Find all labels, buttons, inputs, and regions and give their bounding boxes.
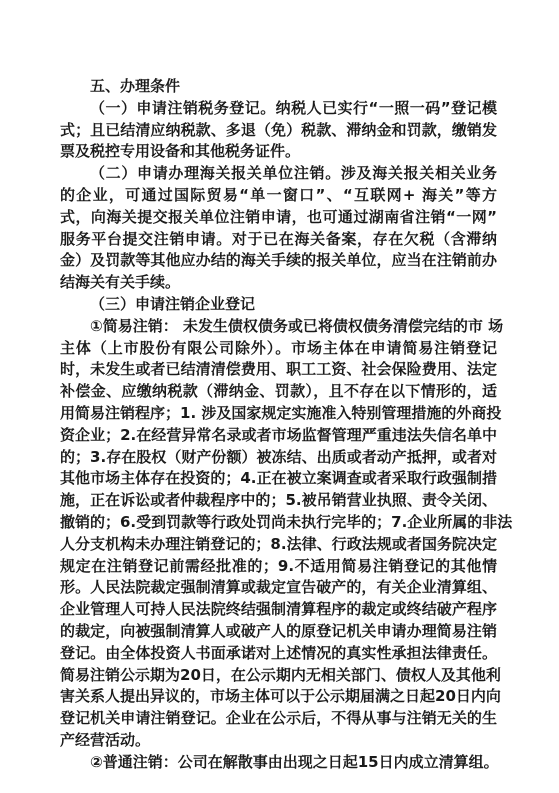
text-line: 登记机关申请注销登记。企业在公示后，不得从事与注销无关的生 <box>60 708 497 730</box>
text-line: （一）申请注销税务登记。纳税人已实行“一照一码”登记模 <box>60 98 497 120</box>
text-line: 资企业；2.在经营异常名录或者市场监督管理严重违法失信名单中 <box>60 425 497 447</box>
text-line: 产经营活动。 <box>60 730 497 752</box>
text-line: 撤销的；6.受到罚款等行政处罚尚未执行完毕的；7.企业所属的非法 <box>60 512 497 534</box>
text-line: 其他市场主体存在投资的；4.正在被立案调查或者采取行政强制措 <box>60 468 497 490</box>
text-line: 人分支机构未办理注销登记的；8.法律、行政法规或者国务院决定 <box>60 534 497 556</box>
text-line: 用简易注销程序；1. 涉及国家规定实施准入特别管理措施的外商投 <box>60 403 497 425</box>
text-line: 服务平台提交注销申请。对于已在海关备案，存在欠税（含滞纳 <box>60 229 497 251</box>
text-line: 施，正在诉讼或者仲裁程序中的；5.被吊销营业执照、责令关闭、 <box>60 490 497 512</box>
text-line: 补偿金、应缴纳税款（滞纳金、罚款），且不存在以下情形的，适 <box>60 381 497 403</box>
document-page: 五、办理条件 （一）申请注销税务登记。纳税人已实行“一照一码”登记模 式；且已结… <box>0 0 559 793</box>
text-line: 形。人民法院裁定强制清算或裁定宣告破产的，有关企业清算组、 <box>60 577 497 599</box>
text-line: 的裁定，向被强制清算人或破产人的原登记机关申请办理简易注销 <box>60 621 497 643</box>
document-body: 五、办理条件 （一）申请注销税务登记。纳税人已实行“一照一码”登记模 式；且已结… <box>60 76 497 774</box>
text-line: 登记。由全体投资人书面承诺对上述情况的真实性承担法律责任。 <box>60 643 497 665</box>
text-line: 企业管理人可持人民法院终结强制清算程序的裁定或终结破产程序 <box>60 599 497 621</box>
text-line: 金）及罚款等其他应办结的海关手续的报关单位，应当在注销前办 <box>60 250 497 272</box>
section-heading: 五、办理条件 <box>60 76 497 98</box>
text-line: ②普通注销：公司在解散事由出现之日起15日内成立清算组。 <box>60 752 497 774</box>
text-line: 的企业，可通过国际贸易“单一窗口”、“互联网+ 海关”等方 <box>60 185 497 207</box>
text-line: ①简易注销： 未发生债权债务或已将债权债务清偿完结的市 场 <box>60 316 497 338</box>
text-line: 票及税控专用设备和其他税务证件。 <box>60 141 497 163</box>
text-line: 规定在注销登记前需经批准的；9.不适用简易注销登记的其他情 <box>60 556 497 578</box>
text-line: 的；3.存在股权（财产份额）被冻结、出质或者动产抵押，或者对 <box>60 447 497 469</box>
subsection-heading: （三）申请注销企业登记 <box>60 294 497 316</box>
text-line: 害关系人提出异议的，市场主体可以于公示期届满之日起20日内向 <box>60 686 497 708</box>
text-line: 简易注销公示期为20日，在公示期内无相关部门、债权人及其他利 <box>60 665 497 687</box>
text-line: 时，未发生或者已结清清偿费用、职工工资、社会保险费用、法定 <box>60 359 497 381</box>
text-line: 结海关有关手续。 <box>60 272 497 294</box>
text-line: 式；且已结清应纳税款、多退（免）税款、滞纳金和罚款，缴销发 <box>60 120 497 142</box>
text-line: （二）申请办理海关报关单位注销。涉及海关报关相关业务 <box>60 163 497 185</box>
text-line: 式，向海关提交报关单位注销申请，也可通过湖南省注销“一网” <box>60 207 497 229</box>
text-line: 主体（上市股份有限公司除外）。市场主体在申请简易注销登记 <box>60 338 497 360</box>
